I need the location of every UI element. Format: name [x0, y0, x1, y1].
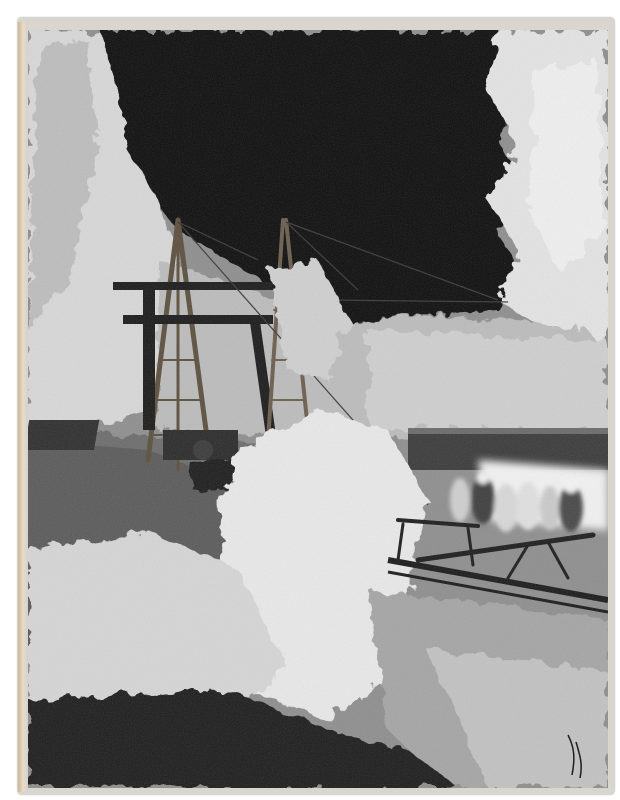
scene [28, 30, 608, 788]
plate-edge [18, 22, 28, 792]
negative-photograph: Inverted (negative) photograph of two wo… [28, 30, 608, 788]
